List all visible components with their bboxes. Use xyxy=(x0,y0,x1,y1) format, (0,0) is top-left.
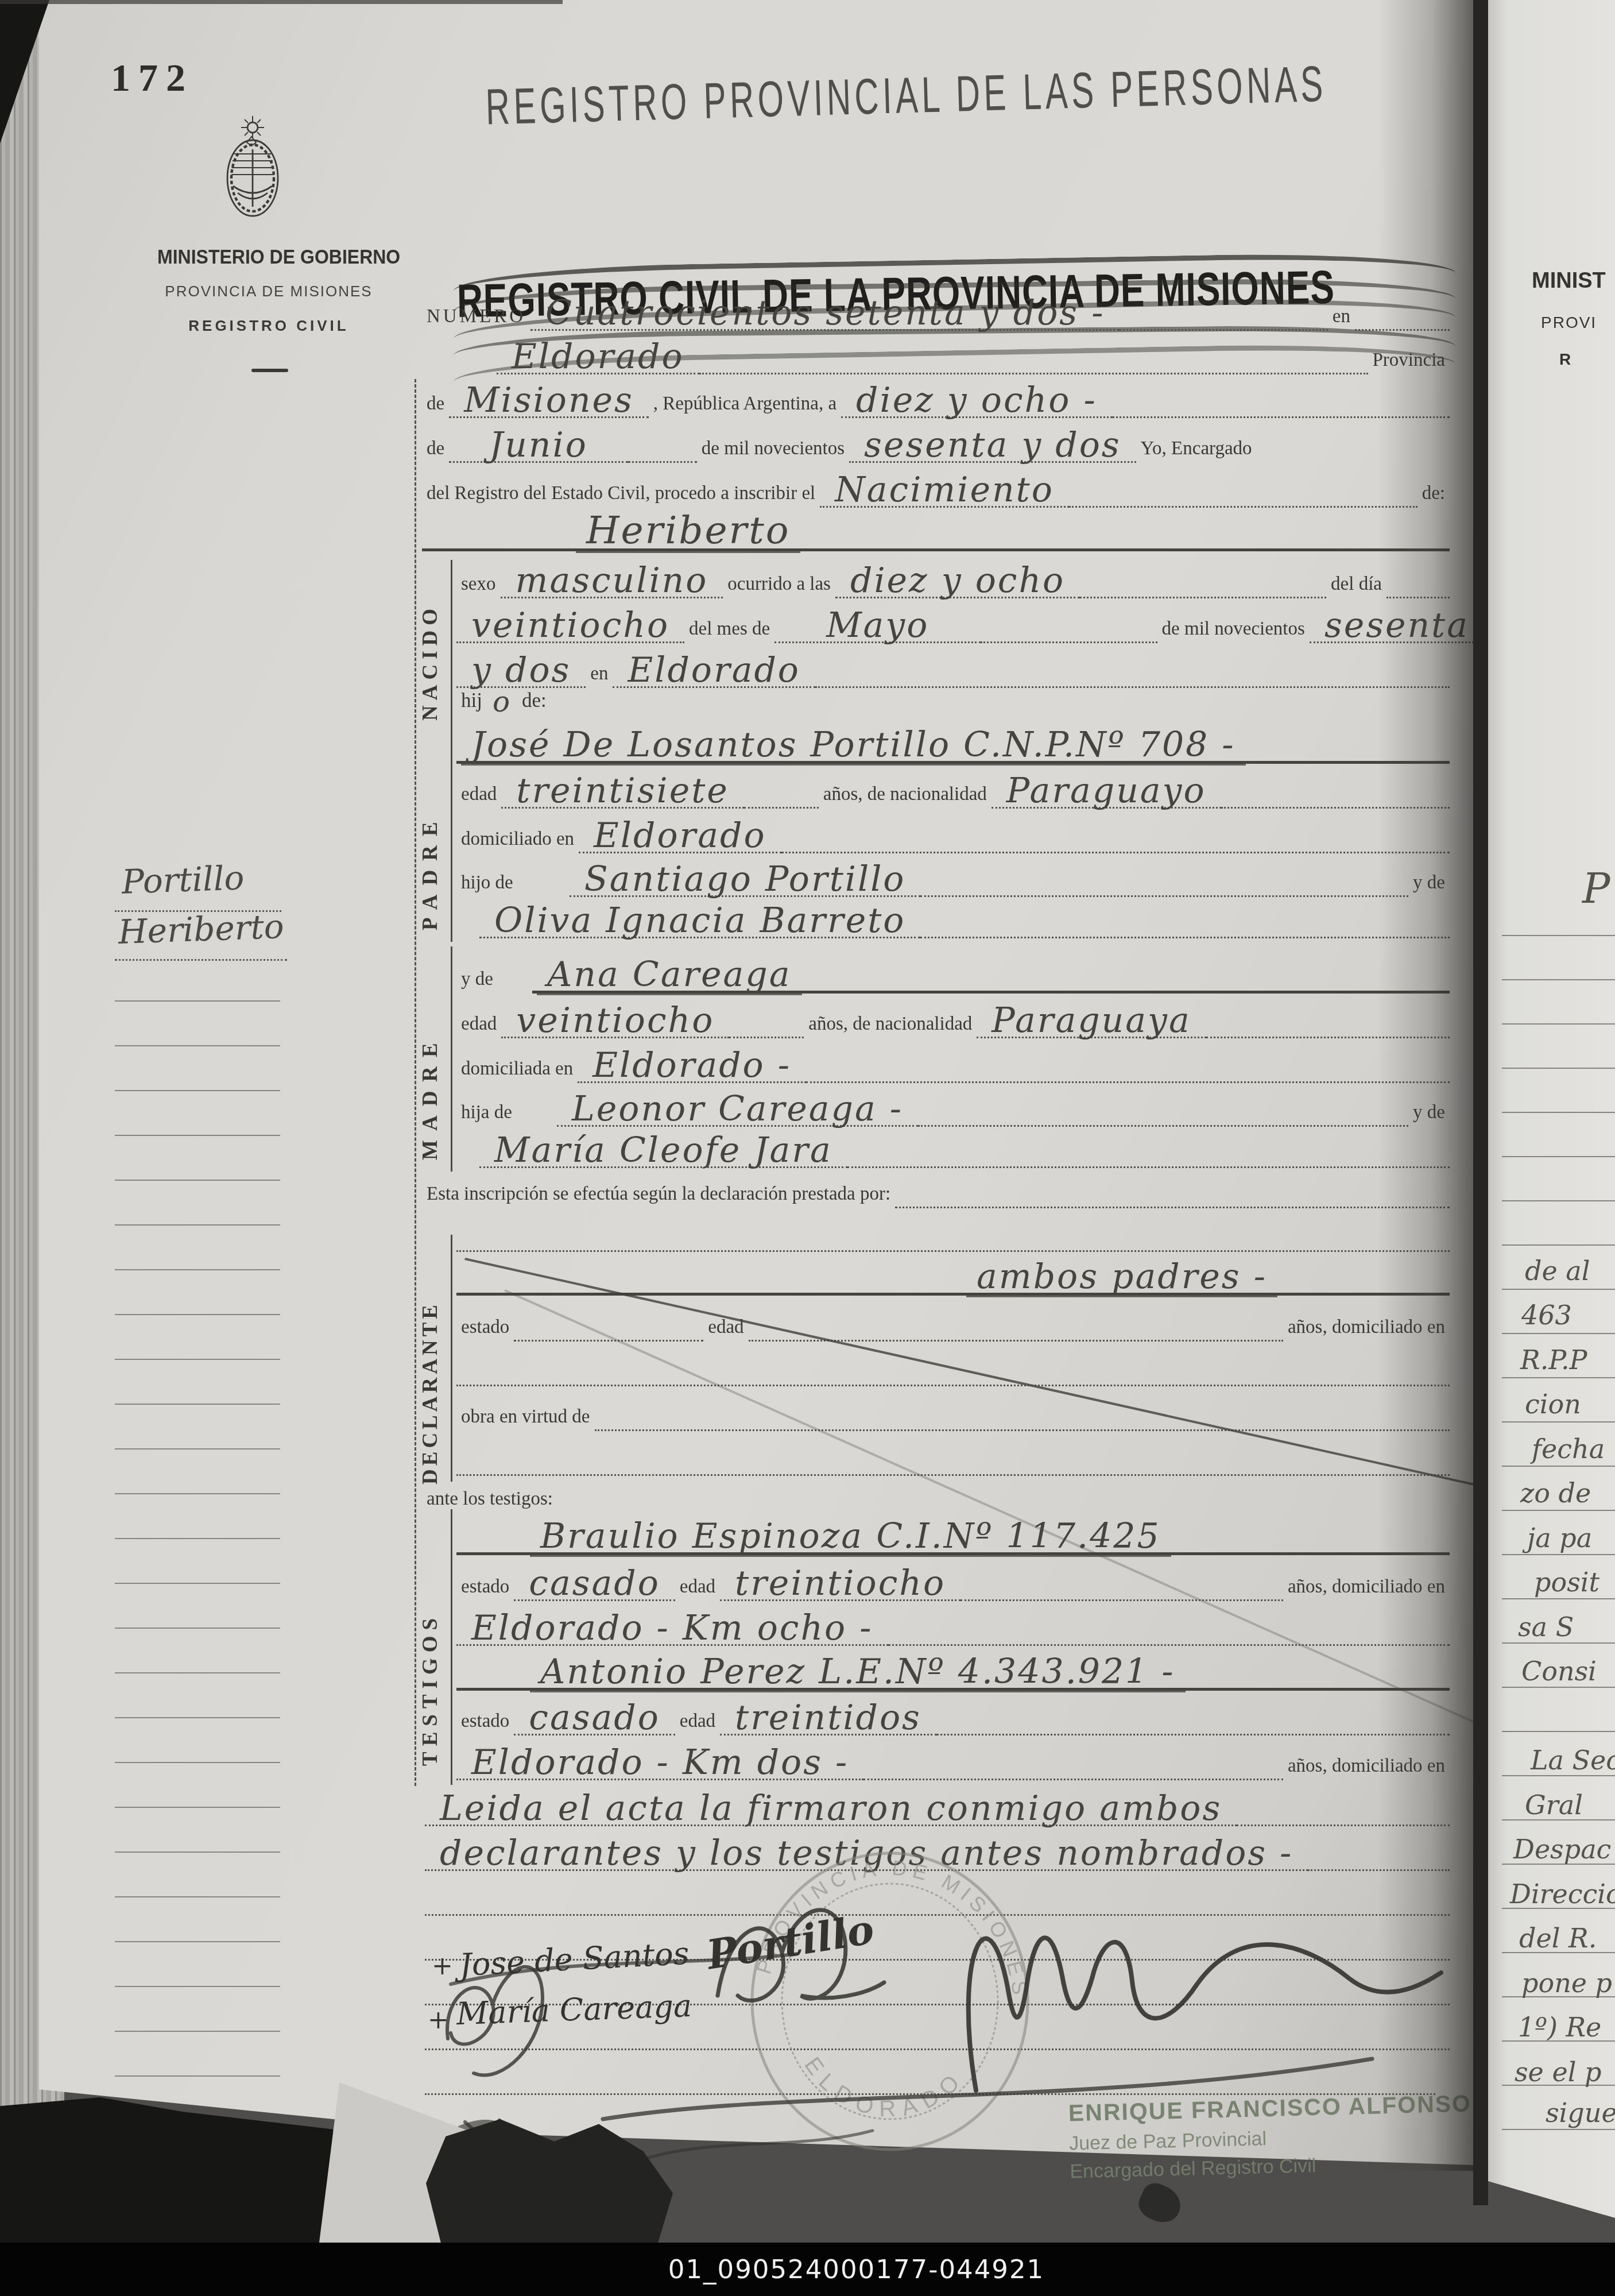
rule xyxy=(920,937,1450,938)
next-page-text-fragment: del R. xyxy=(1519,1923,1597,1954)
photo-fragment-dark xyxy=(0,2097,333,2243)
row-blank xyxy=(456,1337,1450,1386)
next-page-text-fragment: pone p xyxy=(1521,1968,1612,1999)
row-witness2-domicile: Eldorado - Km dos - años, domiciliado en xyxy=(456,1731,1450,1780)
row-declared-by: ambos padres - xyxy=(456,1246,1450,1296)
rule xyxy=(815,686,1450,688)
row-lugar: Eldorado Provincia xyxy=(422,325,1450,374)
form-left-border xyxy=(415,379,416,1786)
row-birth-day: veintiocho del mes de Mayo de mil noveci… xyxy=(456,594,1450,643)
next-page-text-fragment: R.P.P xyxy=(1520,1344,1587,1375)
page-number: 172 xyxy=(111,55,193,101)
row-hijo-de: hij o de: xyxy=(456,666,801,715)
row-mother-age: edad veintiocho años, de nacionalidad Pa… xyxy=(456,989,1450,1038)
page-gutter-shadow xyxy=(1378,0,1474,2171)
next-page-text-fragment: Gral xyxy=(1525,1789,1583,1820)
next-page-text-fragment: 1º) Re xyxy=(1518,2012,1601,2043)
row-inscribe: del Registro del Estado Civil, procedo a… xyxy=(422,458,1450,508)
next-page-text-fragment: zo de xyxy=(1520,1478,1591,1509)
row-name: Heriberto xyxy=(422,502,1450,551)
next-page-text-fragment: ja pa xyxy=(1527,1522,1592,1553)
margin-note-surname: Portillo xyxy=(121,858,245,901)
letterhead-province: PROVINCIA DE MISIONES xyxy=(154,283,384,300)
next-page-text-fragment: 463 xyxy=(1521,1300,1572,1331)
row-witness1-domicile: Eldorado - Km ocho - xyxy=(456,1597,1450,1646)
row-father-name: José De Losantos Portillo C.N.P.Nº 708 - xyxy=(456,714,1450,764)
section-bracket xyxy=(451,560,452,722)
row-witness1-name: Braulio Espinoza C.I.Nº 117.425 xyxy=(456,1506,1450,1555)
section-bracket xyxy=(451,1235,452,1482)
section-label-nacido: NACIDO xyxy=(418,566,443,721)
next-page-ministry-fragment: MINIST xyxy=(1532,269,1606,293)
scan-id-bar: 01_090524000177-044921 xyxy=(0,2243,1615,2296)
row-provincia: de Misiones , República Argentina, a die… xyxy=(422,369,1450,418)
page-gutter xyxy=(1473,0,1488,2205)
de-colon-label: de: xyxy=(517,690,551,715)
scan-id-text: 01_090524000177-044921 xyxy=(571,2254,1044,2285)
hijo-letter-value: o xyxy=(487,689,517,715)
row-witness2-detail: estado casado edad treintidos xyxy=(456,1686,1450,1735)
row-fecha: de Junio de mil novecientos sesenta y do… xyxy=(422,413,1450,463)
letterhead-divider xyxy=(251,369,288,372)
argentina-coat-of-arms-icon xyxy=(217,115,288,230)
witness2-domicile-value: Eldorado - Km dos - xyxy=(456,1747,863,1780)
father-name-value: José De Losantos Portillo C.N.P.Nº 708 - xyxy=(456,729,1250,764)
next-page-text-fragment: Consi xyxy=(1521,1656,1597,1687)
row-sexo: sexo masculino ocurrido a las diez y och… xyxy=(456,549,1450,598)
next-page-office-fragment: R xyxy=(1559,350,1571,369)
row-witness2-name: Antonio Perez L.E.Nº 4.343.921 - xyxy=(456,1641,1450,1691)
next-page-margin-initial: P xyxy=(1582,864,1610,913)
next-page-text-fragment: La Sec xyxy=(1531,1745,1615,1776)
debris-speck xyxy=(1134,2179,1187,2228)
section-label-madre: MADRE xyxy=(418,971,443,1160)
next-page-text-fragment: fecha xyxy=(1532,1433,1605,1464)
row-witness1-detail: estado casado edad treintiocho años, dom… xyxy=(456,1552,1450,1601)
section-bracket xyxy=(451,717,452,942)
margin-rule xyxy=(115,959,287,961)
next-page-text-fragment: Direccio xyxy=(1510,1878,1615,1910)
row-blank xyxy=(456,1203,1450,1252)
next-page-text-fragment: posit xyxy=(1534,1567,1599,1598)
witness1-name-value: Braulio Espinoza C.I.Nº 117.425 xyxy=(525,1521,1176,1555)
letterhead-ministry: MINISTERIO DE GOBIERNO xyxy=(157,245,380,268)
row-closing-1: Leida el acta la firmaron conmigo ambos xyxy=(425,1777,1450,1826)
next-page-text-fragment: Despac xyxy=(1513,1834,1611,1865)
row-father-age: edad treintisiete años, de nacionalidad … xyxy=(456,759,1450,809)
next-page-province-fragment: PROVI xyxy=(1541,314,1597,332)
section-bracket xyxy=(451,1509,452,1785)
mother-name-value: Ana Careaga xyxy=(532,959,807,994)
child-name-value: Heriberto xyxy=(571,513,805,551)
hij-label: hij xyxy=(456,690,487,715)
row-father-domicile: domiciliado en Eldorado xyxy=(456,804,1450,853)
row-mother-domicile: domiciliada en Eldorado - xyxy=(456,1034,1450,1083)
row-paternal-grandmother: Oliva Ignacia Barreto xyxy=(456,889,1450,938)
witness2-name-value: Antonio Perez L.E.Nº 4.343.921 - xyxy=(525,1656,1190,1691)
row-numero: NUMERO Cuatrocientos setenta y dos - en xyxy=(422,281,1450,331)
next-page-text-fragment: sa S xyxy=(1518,1611,1574,1642)
scanned-birth-record: 172 MINISTERIO DE GOBIERNO PROVINCIA DE … xyxy=(0,0,1615,2296)
letterhead-office: REGISTRO CIVIL xyxy=(154,317,384,335)
next-page-text-fragment: sigue xyxy=(1546,2097,1615,2128)
section-bracket xyxy=(451,946,452,1172)
margin-note-given-name: Heriberto xyxy=(118,907,285,952)
row-obra: obra en virtud de xyxy=(456,1382,1450,1431)
next-page-text-fragment: cion xyxy=(1525,1389,1581,1420)
declared-by-value: ambos padres - xyxy=(962,1261,1282,1296)
row-mother-name: y de Ana Careaga xyxy=(456,944,1450,994)
next-page-text-fragment: de al xyxy=(1525,1255,1590,1286)
margin-ruled-lines xyxy=(115,1000,280,2129)
next-page-text-fragment: se el p xyxy=(1515,2057,1601,2088)
top-edge-shadow xyxy=(0,0,563,4)
section-label-declarante: DECLARANTE xyxy=(418,1238,443,1485)
row-declaration-intro: Esta inscripción se efectúa según la dec… xyxy=(422,1159,1450,1208)
section-label-padre: PADRE xyxy=(418,741,443,930)
section-label-testigos: TESTIGOS xyxy=(418,1525,443,1766)
paternal-grandmother-value: Oliva Ignacia Barreto xyxy=(479,905,920,938)
